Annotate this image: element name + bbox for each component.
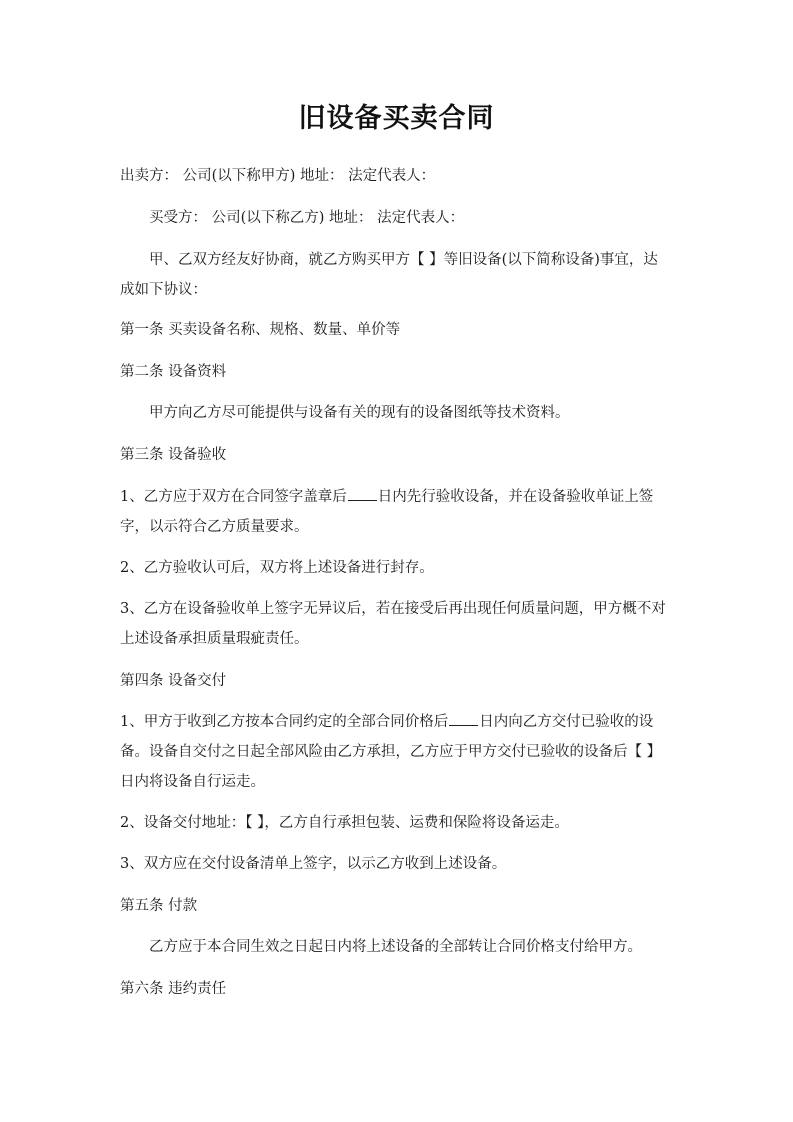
- article-3-item-1-text-a: 1、乙方应于双方在合同签字盖章后: [120, 489, 347, 505]
- preamble-line-1: 甲、乙双方经友好协商，就乙方购买甲方【 】等旧设备(以下简称设备)事宜，达: [120, 245, 709, 275]
- article-2-heading: 第二条 设备资料: [120, 357, 680, 387]
- preamble-line-2: 成如下协议：: [120, 275, 680, 305]
- article-5-heading: 第五条 付款: [120, 891, 680, 921]
- seller-line: 出卖方： 公司(以下称甲方) 地址： 法定代表人：: [120, 161, 680, 191]
- article-4-item-1-line-1: 1、甲方于收到乙方按本合同约定的全部合同价格后日内向乙方交付已验收的设: [120, 707, 680, 737]
- buyer-line: 买受方： 公司(以下称乙方) 地址： 法定代表人：: [120, 203, 709, 233]
- article-5-body: 乙方应于本合同生效之日起日内将上述设备的全部转让合同价格支付给甲方。: [120, 932, 709, 962]
- article-3-item-2: 2、乙方验收认可后，双方将上述设备进行封存。: [120, 553, 680, 583]
- article-3-item-1-line-1: 1、乙方应于双方在合同签字盖章后日内先行验收设备，并在设备验收单证上签: [120, 482, 680, 512]
- article-6-heading: 第六条 违约责任: [120, 974, 680, 1004]
- article-4-item-3: 3、双方应在交付设备清单上签字，以示乙方收到上述设备。: [120, 849, 680, 879]
- article-4-item-1-line-2: 备。设备自交付之日起全部风险由乙方承担，乙方应于甲方交付已验收的设备后【 】: [120, 737, 680, 767]
- article-4-item-1-text-a: 1、甲方于收到乙方按本合同约定的全部合同价格后: [120, 714, 448, 730]
- document-page: 旧设备买卖合同 出卖方： 公司(以下称甲方) 地址： 法定代表人： 买受方： 公…: [0, 0, 793, 1122]
- article-3-item-3-line-2: 上述设备承担质量瑕疵责任。: [120, 624, 680, 654]
- article-4-heading: 第四条 设备交付: [120, 666, 680, 696]
- article-4-item-1-line-3: 日内将设备自行运走。: [120, 767, 680, 797]
- article-4-item-2: 2、设备交付地址：【 】，乙方自行承担包装、运费和保险将设备运走。: [120, 808, 680, 838]
- article-3-item-3-line-1: 3、乙方在设备验收单上签字无异议后，若在接受后再出现任何质量问题，甲方概不对: [120, 594, 680, 624]
- article-3-item-1-line-2: 字，以示符合乙方质量要求。: [120, 512, 680, 542]
- document-title: 旧设备买卖合同: [0, 96, 793, 135]
- article-4-item-1-text-b: 日内向乙方交付已验收的设: [479, 714, 653, 730]
- fill-in-blank: [348, 486, 377, 501]
- article-1-heading: 第一条 买卖设备名称、规格、数量、单价等: [120, 315, 680, 345]
- article-3-heading: 第三条 设备验收: [120, 440, 680, 470]
- article-3-item-1-text-b: 日内先行验收设备，并在设备验收单证上签: [378, 489, 654, 505]
- fill-in-blank: [449, 711, 478, 726]
- article-2-body: 甲方向乙方尽可能提供与设备有关的现有的设备图纸等技术资料。: [120, 398, 709, 428]
